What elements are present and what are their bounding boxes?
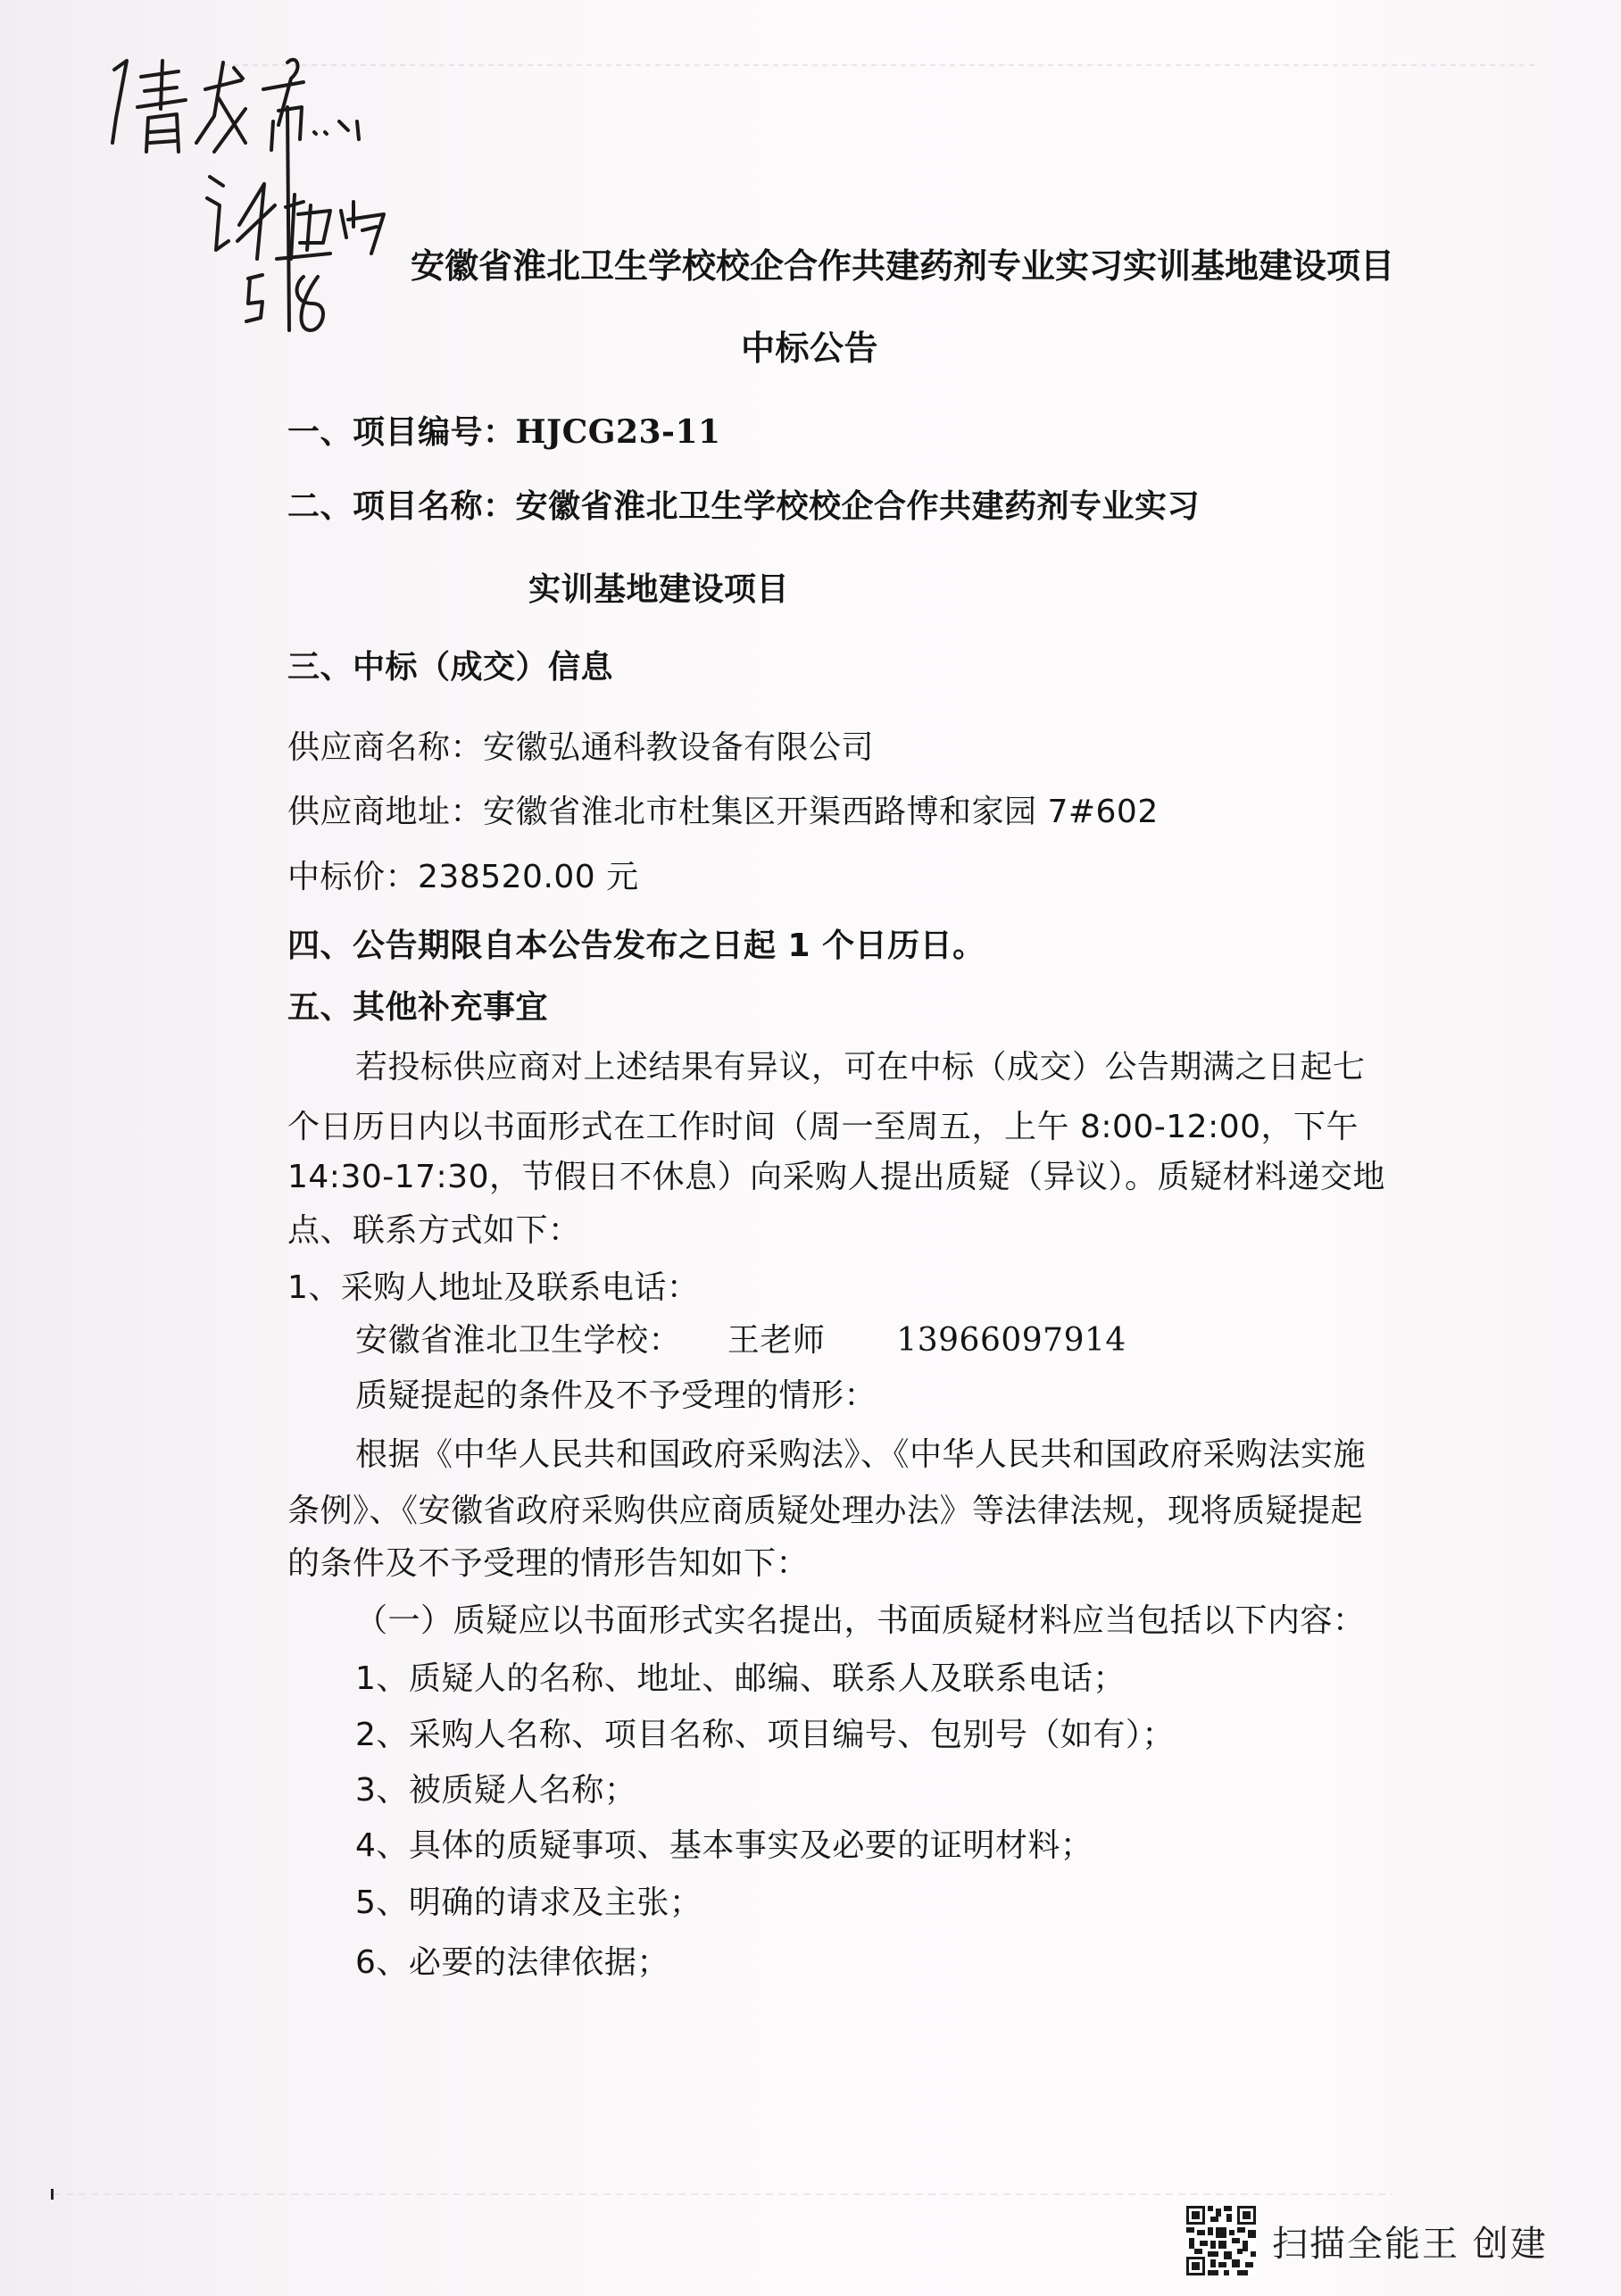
handwritten-signature-icon (89, 36, 553, 411)
supplier-address-value: 安徽省淮北市杜集区开渠西路博和家园 7#602 (483, 794, 1159, 830)
objection-paragraph-line4: 点、联系方式如下： (287, 1211, 581, 1251)
conditions-heading: 质疑提起的条件及不予受理的情形： (355, 1377, 877, 1416)
legal-basis-line3: 的条件及不予受理的情形告知如下： (287, 1544, 809, 1584)
project-name-row: 二、项目名称：安徽省淮北卫生学校校企合作共建药剂专业实习 (287, 487, 1200, 527)
legal-basis-line1: 根据《中华人民共和国政府采购法》、《中华人民共和国政府采购法实施 (355, 1435, 1366, 1475)
document-title-line2: 中标公告 (741, 329, 878, 368)
objection-paragraph-line1: 若投标供应商对上述结果有异议，可在中标（成交）公告期满之日起七 (355, 1048, 1366, 1087)
purchaser-name: 安徽省淮北卫生学校： (355, 1322, 681, 1359)
purchaser-contact-row: 安徽省淮北卫生学校： 王老师 13966097914 (355, 1321, 1126, 1360)
list-item: 4、具体的质疑事项、基本事实及必要的证明材料； (355, 1826, 1093, 1866)
subsection-written-objection: （一）质疑应以书面形式实名提出，书面质疑材料应当包括以下内容： (355, 1601, 1366, 1641)
project-name-label: 二、项目名称： (287, 488, 516, 525)
qr-code-icon (1186, 2205, 1256, 2276)
scan-mark (51, 2189, 54, 2200)
scanner-watermark-text: 扫描全能王 创建 (1272, 2216, 1548, 2267)
award-info-heading: 三、中标（成交）信息 (287, 648, 613, 687)
list-item: 2、采购人名称、项目名称、项目编号、包别号（如有）； (355, 1716, 1175, 1755)
project-number-label: 一、项目编号： (287, 414, 516, 451)
purchaser-phone: 13966097914 (896, 1322, 1126, 1359)
list-item: 5、明确的请求及主张； (355, 1884, 702, 1923)
price-value: 238520.00 元 (418, 859, 639, 895)
notice-period-text: 四、公告期限自本公告发布之日起 1 个日历日。 (287, 927, 985, 966)
project-name-value-line1: 安徽省淮北卫生学校校企合作共建药剂专业实习 (516, 488, 1201, 525)
supplier-address-row: 供应商地址：安徽省淮北市杜集区开渠西路博和家园 7#602 (287, 793, 1159, 832)
other-matters-heading: 五、其他补充事宜 (287, 988, 548, 1027)
list-item: 6、必要的法律依据； (355, 1943, 669, 1983)
supplier-name-row: 供应商名称：安徽弘通科教设备有限公司 (287, 728, 874, 768)
scan-edge-bottom (54, 2193, 1392, 2195)
price-label: 中标价： (287, 859, 418, 895)
purchaser-heading: 1、采购人地址及联系电话： (287, 1269, 699, 1308)
list-item: 3、被质疑人名称； (355, 1771, 636, 1810)
price-row: 中标价：238520.00 元 (287, 858, 639, 897)
supplier-name-label: 供应商名称： (287, 729, 483, 766)
objection-paragraph-line3: 14:30-17:30，节假日不休息）向采购人提出质疑（异议）。质疑材料递交地 (287, 1158, 1385, 1197)
project-name-value-line2: 实训基地建设项目 (528, 570, 789, 610)
objection-paragraph-line2: 个日历日内以书面形式在工作时间（周一至周五，上午 8:00-12:00，下午 (287, 1108, 1359, 1147)
supplier-address-label: 供应商地址： (287, 794, 483, 830)
list-item: 1、质疑人的名称、地址、邮编、联系人及联系电话； (355, 1660, 1126, 1699)
project-number-value: HJCG23-11 (516, 413, 721, 451)
supplier-name-value: 安徽弘通科教设备有限公司 (483, 729, 874, 766)
purchaser-contact-person: 王老师 (727, 1322, 826, 1359)
scanner-watermark: 扫描全能王 创建 (1186, 2205, 1548, 2276)
project-number-row: 一、项目编号：HJCG23-11 (287, 412, 721, 453)
document-title-line1: 安徽省淮北卫生学校校企合作共建药剂专业实习实训基地建设项目 (411, 246, 1394, 286)
legal-basis-line2: 条例》、《安徽省政府采购供应商质疑处理办法》等法律法规，现将质疑提起 (287, 1492, 1363, 1531)
